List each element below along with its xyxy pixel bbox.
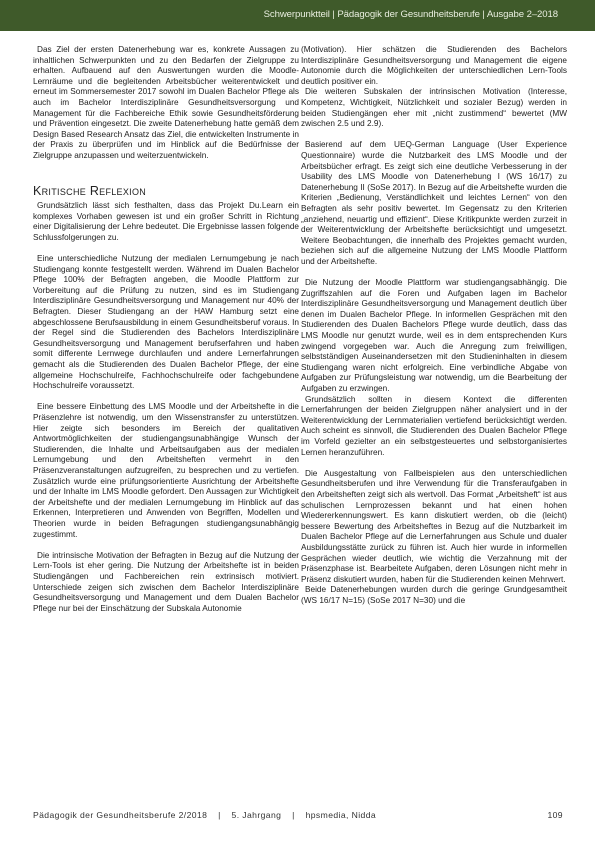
paragraph: Grundsätzlich sollten in diesem Kontext … (301, 395, 567, 459)
page-number: 109 (547, 810, 563, 820)
paragraph: Eine unterschiedliche Nutzung der medial… (33, 254, 299, 392)
paragraph: Grundsätzlich lässt sich festhalten, das… (33, 201, 299, 243)
paragraph: Die Ausgestaltung von Fallbeispielen aus… (301, 469, 567, 586)
paragraph: Das Ziel der ersten Datenerhebung war es… (33, 45, 299, 162)
section-heading: Kritische Reflexion (33, 186, 299, 197)
paragraph: (Motivation). Hier schätzen die Studiere… (301, 45, 567, 87)
running-header-title: Schwerpunktteil | Pädagogik der Gesundhe… (264, 9, 558, 20)
running-header-bar: Schwerpunktteil | Pädagogik der Gesundhe… (0, 0, 595, 31)
left-column: Das Ziel der ersten Datenerhebung war es… (33, 45, 299, 614)
footer-publisher: hpsmedia, Nidda (306, 810, 377, 820)
page-footer: Pädagogik der Gesundheitsberufe 2/2018 |… (33, 810, 563, 820)
right-column: (Motivation). Hier schätzen die Studiere… (301, 45, 567, 606)
paragraph: Eine bessere Einbettung des LMS Moodle u… (33, 402, 299, 540)
paragraph: Beide Datenerhebungen wurden durch die g… (301, 585, 567, 606)
footer-separator: | (292, 810, 295, 820)
paragraph: Die intrinsische Motivation der Befragte… (33, 551, 299, 615)
paragraph: Die Nutzung der Moodle Plattform war stu… (301, 278, 567, 395)
footer-separator: | (218, 810, 221, 820)
paragraph: Die weiteren Subskalen der intrinsischen… (301, 87, 567, 129)
footer-volume: 5. Jahrgang (232, 810, 282, 820)
footer-journal: Pädagogik der Gesundheitsberufe 2/2018 (33, 810, 207, 820)
paragraph: Basierend auf dem UEQ-German Language (U… (301, 140, 567, 267)
